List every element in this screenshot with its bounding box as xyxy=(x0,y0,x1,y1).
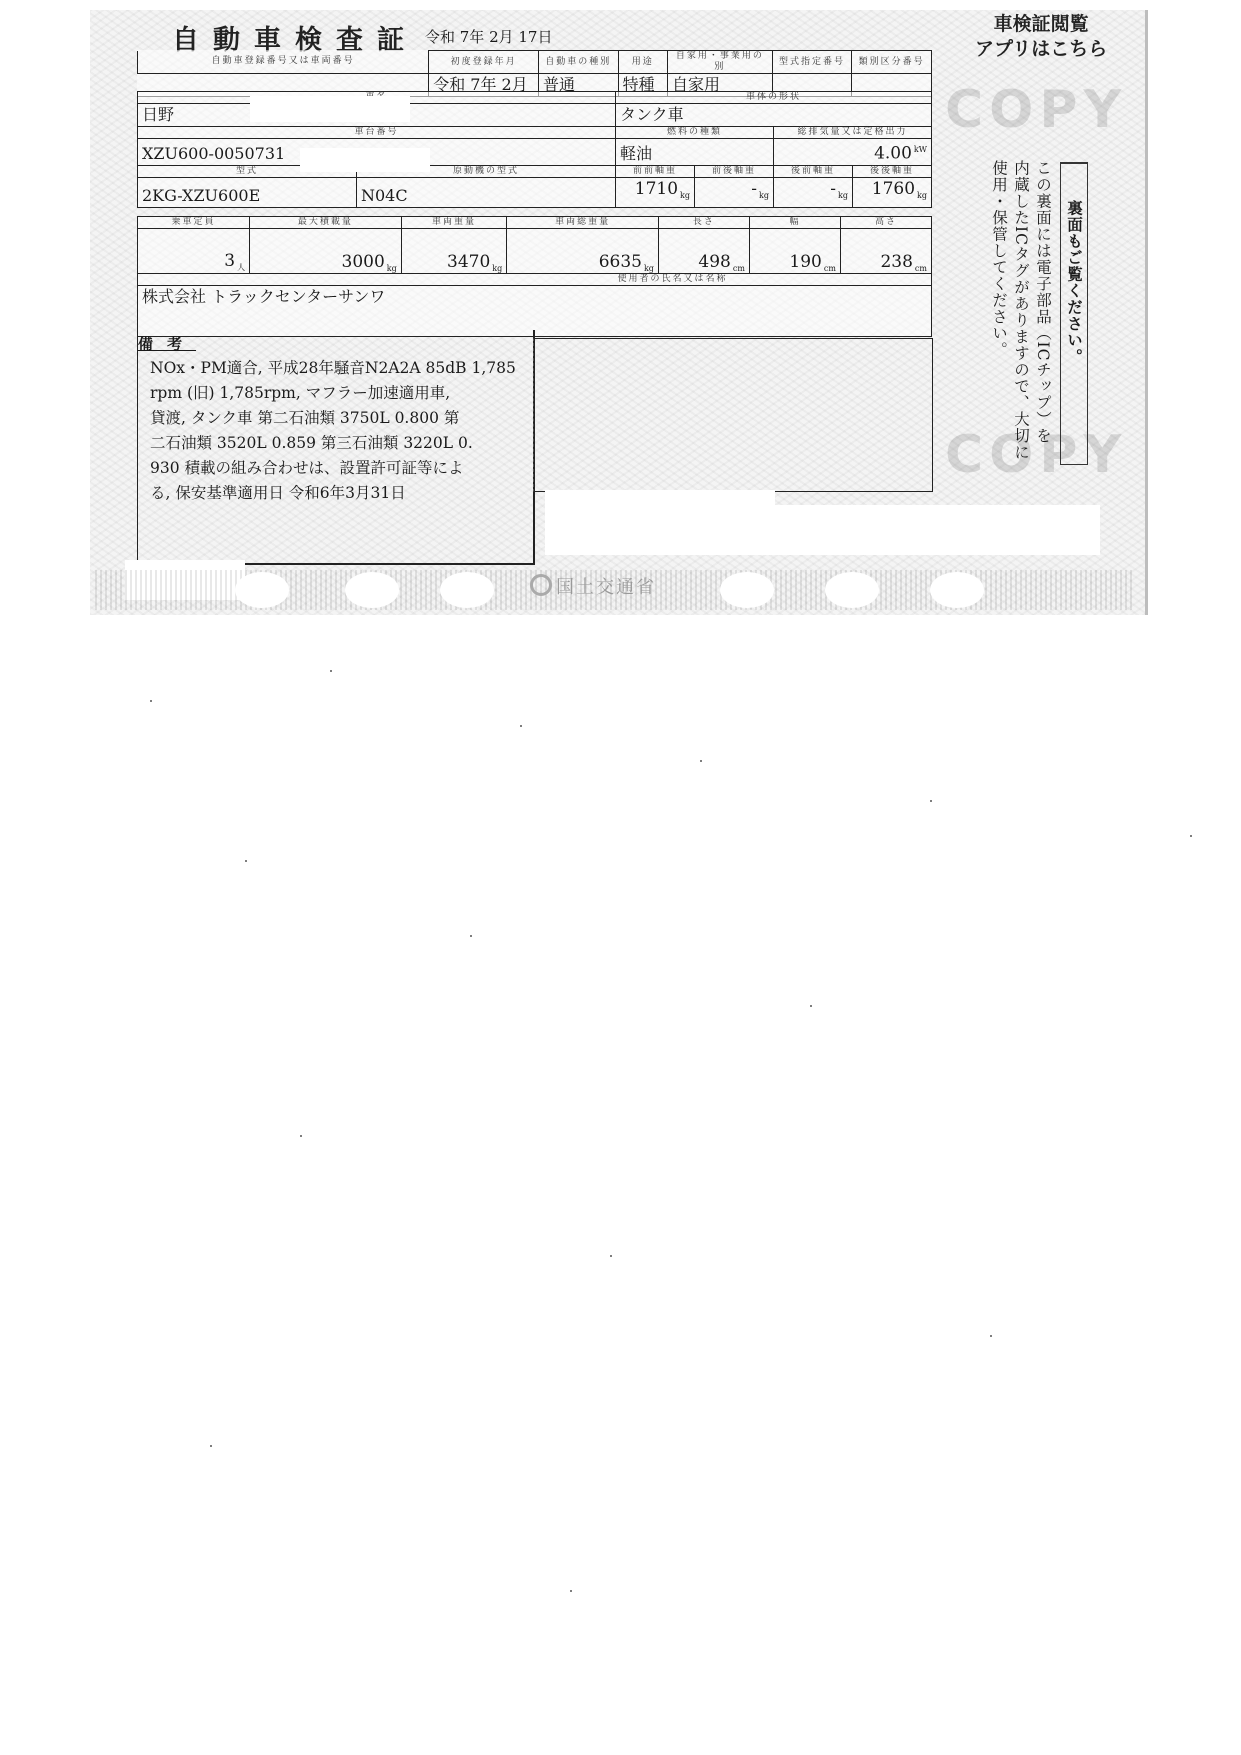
scan-speck xyxy=(700,760,702,762)
fuel-type-value: 軽油 xyxy=(616,139,774,166)
vehicle-weight-value: 3470kg xyxy=(401,229,507,274)
remarks-line: NOx・PM適合, 平成28年騒音N2A2A 85dB 1,785 xyxy=(150,356,535,381)
category-number-label: 類別区分番号 xyxy=(852,51,932,74)
body-shape-label: 車体の形状 xyxy=(616,92,932,104)
redacted-area xyxy=(545,490,775,555)
gross-weight-value: 6635kg xyxy=(507,229,659,274)
max-load-label: 最大積載量 xyxy=(250,217,402,229)
width-label: 幅 xyxy=(749,217,840,229)
capacity-value: 3人 xyxy=(138,229,250,274)
footer-oval xyxy=(930,572,984,608)
rear-rear-axle-value: 1760kg xyxy=(853,177,932,207)
footer-oval xyxy=(235,572,289,608)
ministry-logo: 国土交通省 xyxy=(530,573,656,599)
length-label: 長さ xyxy=(658,217,749,229)
body-shape-value: タンク車 xyxy=(616,104,932,127)
weight-unit: kg xyxy=(492,264,502,273)
notice-line: 内蔵したICタグがありますので、大切に xyxy=(1010,160,1032,460)
app-link-line: アプリはこちら xyxy=(975,37,1107,62)
registration-table: 自動車登録番号又は車両番号 初度登録年月 自動車の種別 用途 自家用・事業用の別… xyxy=(137,50,932,97)
remarks-line: 930 積載の組み合わせは、設置許可証等によ xyxy=(150,456,535,481)
dimensions-table: 乗車定員 最大積載量 車両重量 車両総重量 長さ 幅 高さ 3人 3000kg … xyxy=(137,216,932,337)
registration-number-label: 自動車登録番号又は車両番号 xyxy=(138,51,429,74)
notice-line: 使用・保管してください。 xyxy=(988,160,1010,358)
height-value: 238cm xyxy=(840,229,931,274)
weight-unit: kg xyxy=(387,264,397,273)
front-rear-axle-value: -kg xyxy=(695,177,774,207)
user-name-value: 株式会社 トラックセンターサンワ xyxy=(138,286,932,337)
chassis-number-label: 車台番号 xyxy=(138,127,616,139)
displacement-number: 4.00 xyxy=(874,144,912,164)
redacted-area xyxy=(760,505,1100,555)
scan-speck xyxy=(210,1445,212,1447)
capacity-label: 乗車定員 xyxy=(138,217,250,229)
model-value: 2KG-XZU600E xyxy=(138,177,357,207)
rear-front-axle-value: -kg xyxy=(774,177,853,207)
dim-unit: cm xyxy=(733,264,745,273)
remarks-text: NOx・PM適合, 平成28年騒音N2A2A 85dB 1,785 rpm (旧… xyxy=(150,356,535,506)
purpose-label: 用途 xyxy=(618,51,667,74)
axle-number: 1760 xyxy=(872,179,915,199)
capacity-number: 3 xyxy=(224,251,235,271)
footer-oval xyxy=(440,572,494,608)
displacement-value: 4.00kW xyxy=(774,139,932,166)
scan-speck xyxy=(300,1135,302,1137)
remarks-line: rpm (旧) 1,785rpm, マフラー加速適用車, xyxy=(150,381,535,406)
first-registration-label: 初度登録年月 xyxy=(429,51,539,74)
max-load-value: 3000kg xyxy=(250,229,402,274)
axle-unit: kg xyxy=(680,191,690,200)
vehicle-weight-number: 3470 xyxy=(447,252,490,272)
width-number: 190 xyxy=(789,252,821,272)
front-front-axle-label: 前前軸重 xyxy=(616,165,695,177)
app-link[interactable]: 車検証閲覧 アプリはこちら xyxy=(975,12,1107,62)
issue-date: 令和 7年 2月 17日 xyxy=(425,26,552,47)
axle-number: 1710 xyxy=(635,179,678,199)
scan-speck xyxy=(1190,835,1192,837)
scan-speck xyxy=(570,1590,572,1592)
dim-unit: cm xyxy=(915,264,927,273)
length-value: 498cm xyxy=(658,229,749,274)
width-value: 190cm xyxy=(749,229,840,274)
rear-rear-axle-label: 後後軸重 xyxy=(853,165,932,177)
model-designation-label: 型式指定番号 xyxy=(772,51,852,74)
axle-unit: kg xyxy=(917,191,927,200)
displacement-unit: kW xyxy=(914,145,927,154)
remarks-line: る, 保安基準適用日 令和6年3月31日 xyxy=(150,481,535,506)
gross-weight-label: 車両総重量 xyxy=(507,217,659,229)
scan-speck xyxy=(610,1255,612,1257)
remarks-line: 貸渡, タンク車 第二石油類 3750L 0.800 第 xyxy=(150,406,535,431)
footer-oval xyxy=(720,572,774,608)
remarks-continuation-box xyxy=(533,338,933,492)
scan-speck xyxy=(470,935,472,937)
length-number: 498 xyxy=(698,252,730,272)
height-number: 238 xyxy=(880,252,912,272)
capacity-unit: 人 xyxy=(237,263,245,272)
ministry-emblem-icon xyxy=(530,574,552,596)
rear-front-axle-label: 後前軸重 xyxy=(774,165,853,177)
scan-speck xyxy=(245,860,247,862)
scan-speck xyxy=(520,725,522,727)
footer-oval xyxy=(345,572,399,608)
axle-number: - xyxy=(830,179,836,199)
user-name-label: 使用者の氏名又は名称 xyxy=(138,274,932,286)
app-link-line: 車検証閲覧 xyxy=(975,12,1107,37)
remarks-heading: 備考 xyxy=(138,333,196,354)
axle-number: - xyxy=(751,179,757,199)
front-rear-axle-label: 前後軸重 xyxy=(695,165,774,177)
remarks-line: 二石油類 3520L 0.859 第三石油類 3220L 0. xyxy=(150,431,535,456)
dim-unit: cm xyxy=(824,264,836,273)
scan-speck xyxy=(150,700,152,702)
vehicle-weight-label: 車両重量 xyxy=(401,217,507,229)
notice-line: この裏面には電子部品（ICチップ）を xyxy=(1032,160,1054,444)
vehicle-class-label: 自動車の種別 xyxy=(539,51,619,74)
max-load-number: 3000 xyxy=(342,252,385,272)
redacted-area xyxy=(250,96,410,122)
notice-boxed-text: 裏面もご覧ください。 xyxy=(1063,200,1085,365)
axle-unit: kg xyxy=(759,191,769,200)
scan-speck xyxy=(810,1005,812,1007)
height-label: 高さ xyxy=(840,217,931,229)
copy-watermark: COPY xyxy=(945,80,1127,140)
footer-oval xyxy=(825,572,879,608)
front-front-axle-value: 1710kg xyxy=(616,177,695,207)
scan-speck xyxy=(930,800,932,802)
displacement-label: 総排気量又は定格出力 xyxy=(774,127,932,139)
scan-speck xyxy=(990,1335,992,1337)
axle-unit: kg xyxy=(838,191,848,200)
weight-unit: kg xyxy=(644,264,654,273)
gross-weight-number: 6635 xyxy=(599,252,642,272)
private-business-label: 自家用・事業用の別 xyxy=(667,51,772,74)
fuel-type-label: 燃料の種類 xyxy=(616,127,774,139)
engine-model-value: N04C xyxy=(357,177,616,207)
scan-speck xyxy=(330,670,332,672)
redacted-area xyxy=(300,148,430,172)
ministry-name: 国土交通省 xyxy=(556,577,656,598)
